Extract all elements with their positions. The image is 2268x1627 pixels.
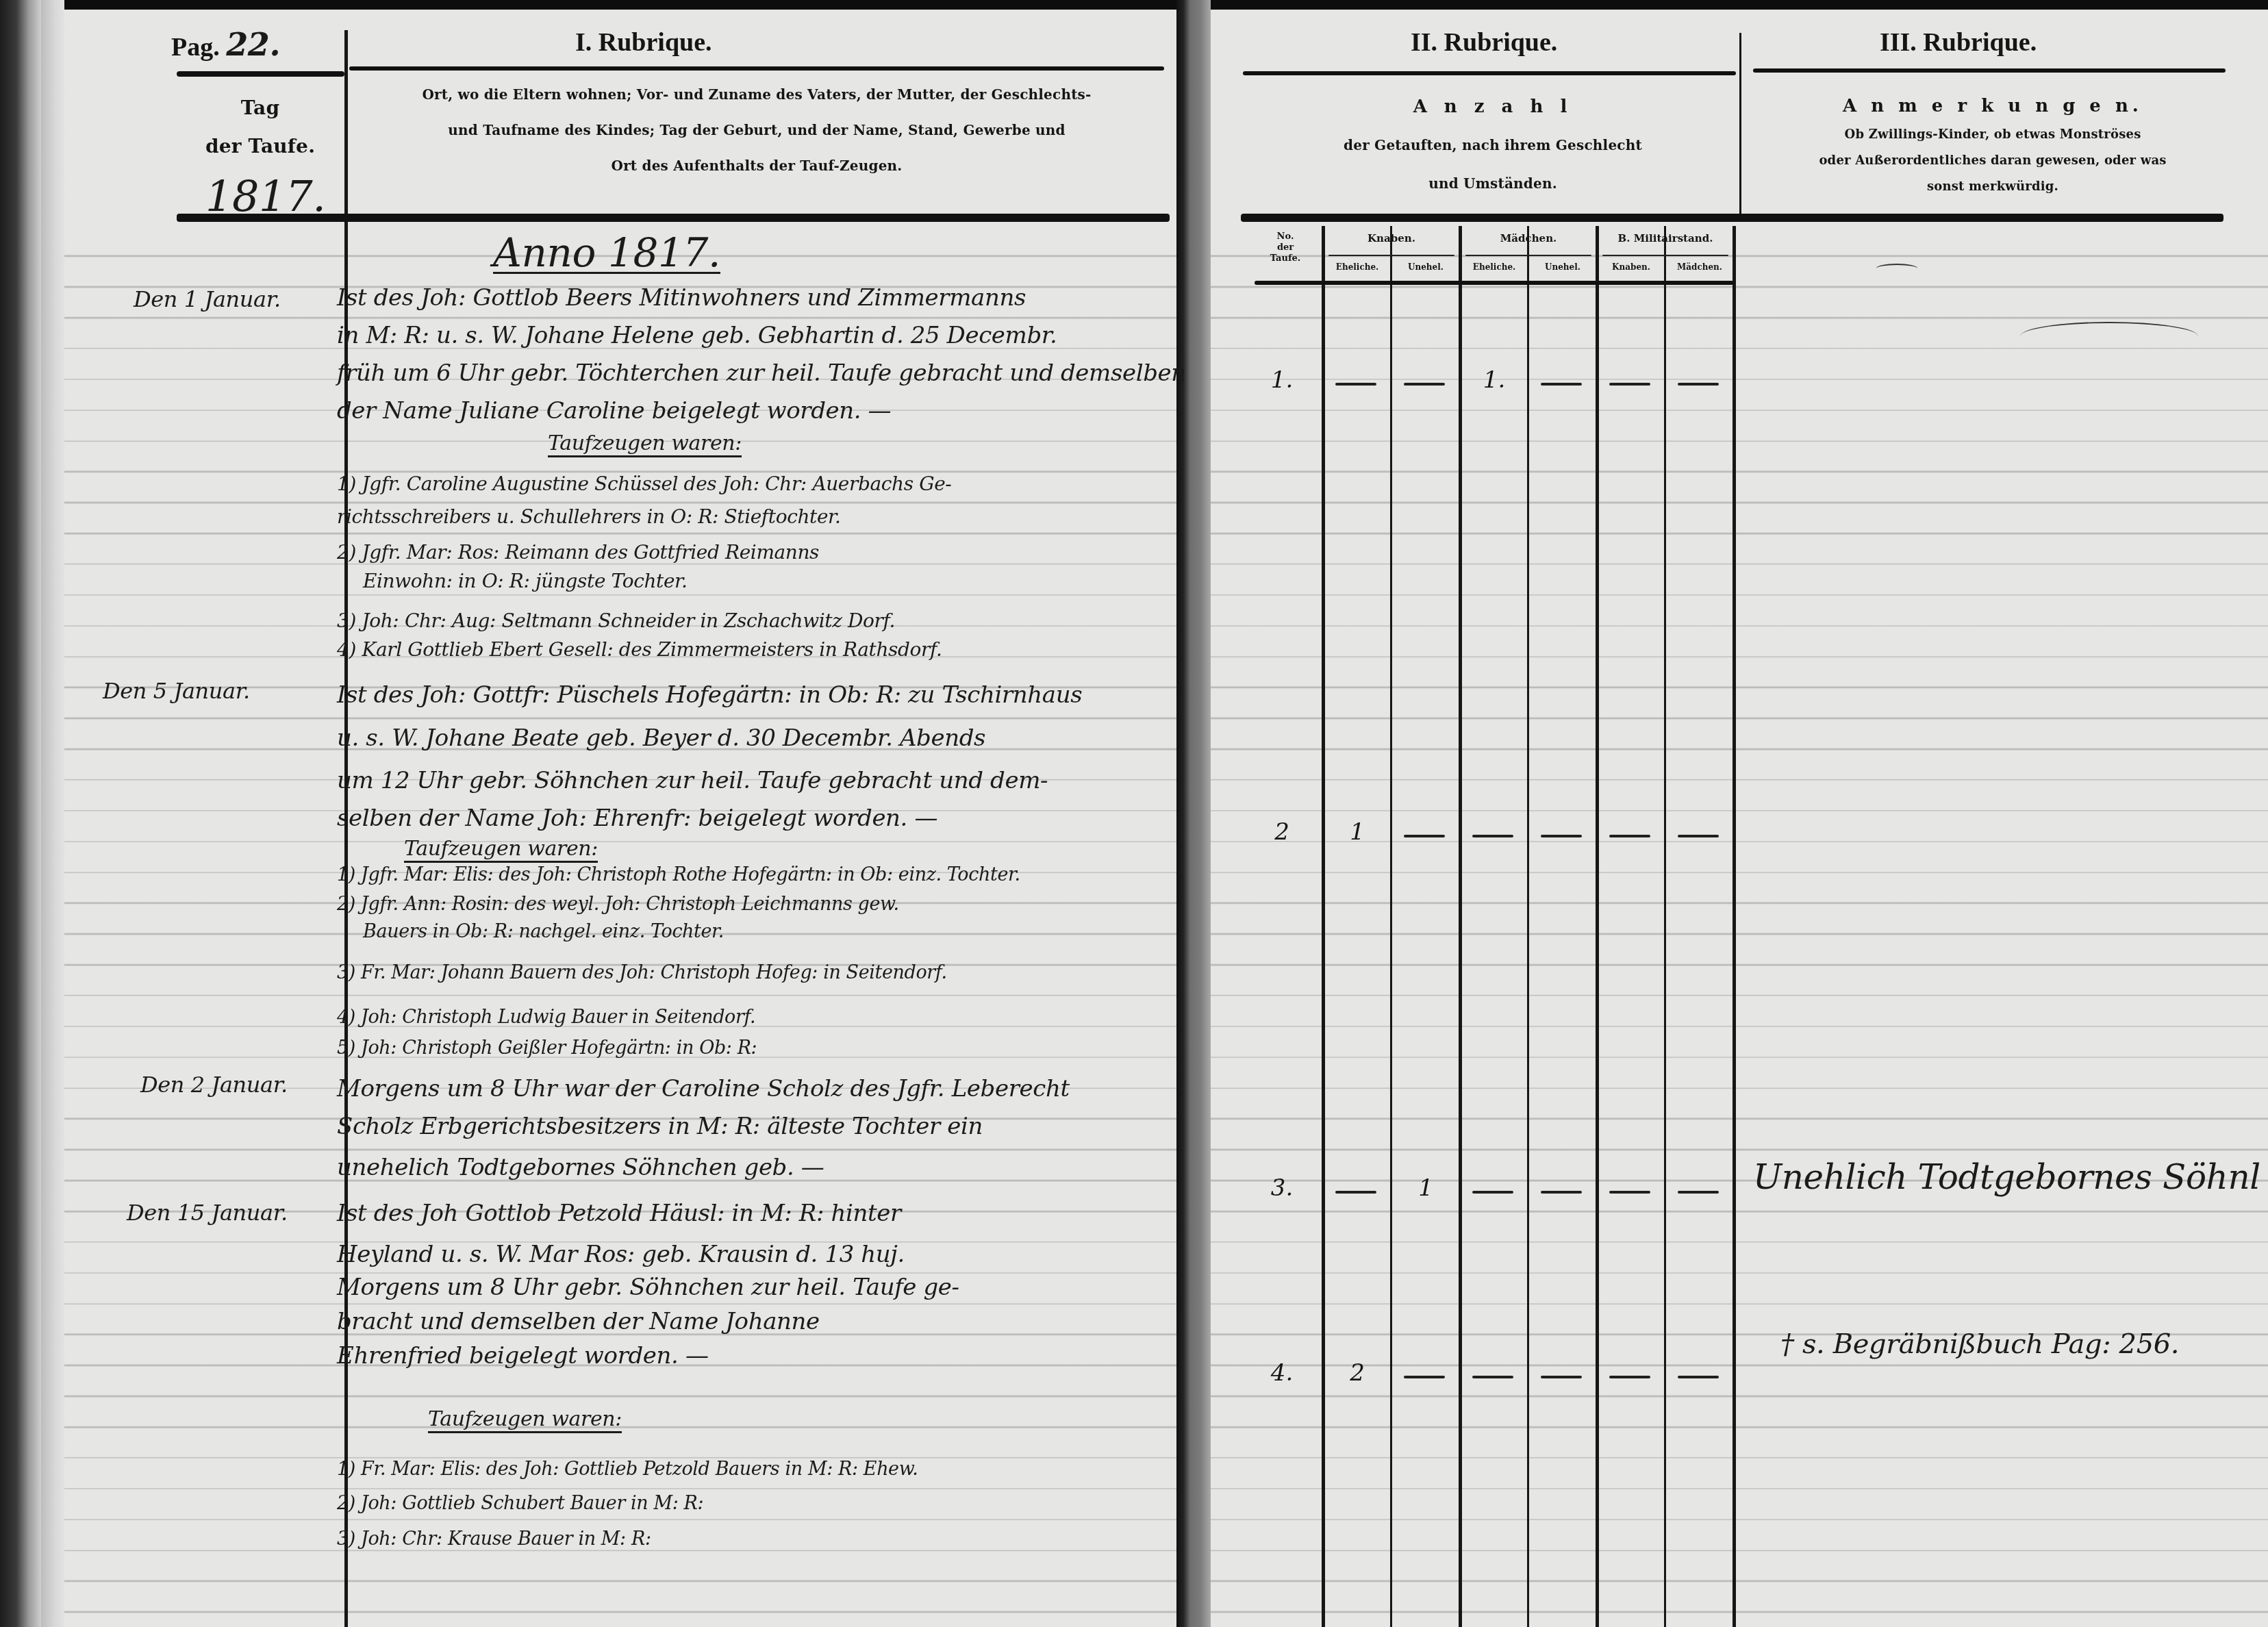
scan-top-edge xyxy=(0,0,2268,10)
rubric-2-title: II. Rubrique. xyxy=(1411,27,1557,58)
count-header-line-3: und Umständen. xyxy=(1253,164,1732,203)
sub-header: Eheliche. xyxy=(1323,262,1391,273)
empty-count-dash xyxy=(1472,1191,1513,1194)
remarks-header-line-3: oder Außerordentliches daran gewesen, od… xyxy=(1753,148,2232,174)
entry-2-witness: Bauers in Ob: R: nachgel. einz. Tochter. xyxy=(363,921,724,942)
sub-header: Unehel. xyxy=(1528,262,1597,273)
scan-fibre-mark xyxy=(1876,264,1917,273)
count-header-line-1: A n z a h l xyxy=(1253,88,1732,126)
entry-3-line: Morgens um 8 Uhr war der Caroline Scholz… xyxy=(337,1075,1070,1102)
table-column-divider xyxy=(1527,226,1529,1627)
rule-rubric1-top xyxy=(349,66,1164,71)
entry-2-line: u. s. W. Johane Beate geb. Beyer d. 30 D… xyxy=(337,724,985,752)
entry-2-witness: 1) Jgfr. Mar: Elis: des Joh: Christoph R… xyxy=(337,864,1020,885)
entry-2-witness: 3) Fr. Mar: Johann Bauern des Joh: Chris… xyxy=(337,962,947,983)
rule-header-bottom-right xyxy=(1241,214,2223,222)
empty-count-dash xyxy=(1541,835,1582,837)
rule-header-bottom-left xyxy=(177,214,1170,222)
sub-header: Unehel. xyxy=(1391,262,1460,273)
remark-row-3: Unehlich Todtgebornes Söhnl xyxy=(1753,1157,2260,1197)
book-left-edge xyxy=(0,0,41,1627)
empty-count-dash xyxy=(1678,1191,1719,1194)
entry-4-witness: 3) Joh: Chr: Krause Bauer in M: R: xyxy=(337,1528,651,1550)
row-number: 1. xyxy=(1248,366,1316,394)
entry-3-line: Scholz Erbgerichtsbesitzers in M: R: ält… xyxy=(337,1113,983,1140)
empty-count-dash xyxy=(1472,1376,1513,1378)
remark-row-4: † s. Begräbnißbuch Pag: 256. xyxy=(1780,1328,2179,1360)
entry-2-witness: 4) Joh: Christoph Ludwig Bauer in Seiten… xyxy=(337,1007,755,1028)
entry-4-line: Ehrenfried beigelegt worden. — xyxy=(337,1342,709,1370)
entry-2-witness: 5) Joh: Christoph Geißler Hofegärtn: in … xyxy=(337,1037,757,1059)
entry-1-witness: 4) Karl Gottlieb Ebert Gesell: des Zimme… xyxy=(337,638,942,661)
empty-count-dash xyxy=(1609,1191,1650,1194)
remarks-header-line-4: sonst merkwürdig. xyxy=(1753,174,2232,200)
table-column-divider xyxy=(1732,226,1736,1627)
entry-4-date: Den 15 Januar. xyxy=(127,1200,288,1226)
entry-2-date: Den 5 Januar. xyxy=(103,678,250,704)
count-value: 1 xyxy=(1323,818,1391,846)
rule-rubric3-top xyxy=(1753,68,2226,73)
entry-1-line: in M: R: u. s. W. Johane Helene geb. Geb… xyxy=(337,322,1057,349)
entry-2-line: um 12 Uhr gebr. Söhnchen zur heil. Taufe… xyxy=(337,767,1048,794)
entry-4-witness: 2) Joh: Gottlieb Schubert Bauer in M: R: xyxy=(337,1493,703,1514)
date-column-header: Tag der Taufe. xyxy=(181,89,339,166)
page-label-text: Pag. xyxy=(171,33,220,62)
table-column-divider xyxy=(1322,226,1325,1627)
empty-count-dash xyxy=(1472,835,1513,837)
group-header: Knaben. xyxy=(1323,233,1460,244)
table-column-divider xyxy=(1596,226,1599,1627)
no-header-line: der xyxy=(1248,242,1323,253)
no-header-line: No. xyxy=(1248,231,1323,242)
entry-column-header: Ort, wo die Eltern wohnen; Vor- und Zuna… xyxy=(353,77,1161,184)
entry-1-line: Ist des Joh: Gottlob Beers Mitinwohners … xyxy=(337,284,1026,312)
count-header: A n z a h l der Getauften, nach ihrem Ge… xyxy=(1253,88,1732,203)
entry-1-line: der Name Juliane Caroline beigelegt word… xyxy=(337,397,891,425)
entry-1-date: Den 1 Januar. xyxy=(134,286,281,312)
entry-4-line: Morgens um 8 Uhr gebr. Söhnchen zur heil… xyxy=(337,1274,959,1301)
group-header: B. Militairstand. xyxy=(1597,233,1734,244)
entry-4-line: bracht und demselben der Name Johanne xyxy=(337,1308,820,1335)
entry-1-witness: richtsschreibers u. Schullehrers in O: R… xyxy=(337,505,840,528)
group-header: Mädchen. xyxy=(1460,233,1597,244)
empty-count-dash xyxy=(1404,383,1445,386)
empty-count-dash xyxy=(1541,1191,1582,1194)
entry-1-witness: 1) Jgfr. Caroline Augustine Schüssel des… xyxy=(337,472,951,495)
scan-fibre-mark xyxy=(2020,322,2198,351)
group-header-rule xyxy=(1602,255,1728,256)
remarks-header-line-2: Ob Zwillings-Kinder, ob etwas Monströses xyxy=(1753,122,2232,148)
count-value: 1 xyxy=(1391,1174,1460,1202)
date-header-line-1: Tag xyxy=(181,89,339,127)
entry-1-witness: Einwohn: in O: R: jüngste Tochter. xyxy=(363,570,688,592)
entry-1-witness: 3) Joh: Chr: Aug: Seltmann Schneider in … xyxy=(337,609,895,632)
empty-count-dash xyxy=(1541,1376,1582,1378)
table-header-rule xyxy=(1255,281,1734,285)
entry-1-witness: 2) Jgfr. Mar: Ros: Reimann des Gottfried… xyxy=(337,541,819,564)
empty-count-dash xyxy=(1404,835,1445,837)
rule-date-top xyxy=(177,71,344,77)
empty-count-dash xyxy=(1678,383,1719,386)
empty-count-dash xyxy=(1335,383,1376,386)
page-label: Pag. 22. xyxy=(171,26,280,63)
entry-2-witness-heading: Taufzeugen waren: xyxy=(404,837,598,861)
entry-3-date: Den 2 Januar. xyxy=(140,1072,288,1098)
table-column-divider xyxy=(1459,226,1462,1627)
sub-header: Eheliche. xyxy=(1460,262,1528,273)
count-header-line-2: der Getauften, nach ihrem Geschlecht xyxy=(1253,126,1732,164)
entry-header-line-3: Ort des Aufenthalts der Tauf-Zeugen. xyxy=(353,148,1161,184)
no-header-line: Taufe. xyxy=(1248,253,1323,264)
no-header: No.derTaufe. xyxy=(1248,231,1323,264)
page-number: 22. xyxy=(226,26,280,63)
group-header-rule xyxy=(1328,255,1454,256)
rule-rubric2-top xyxy=(1243,71,1736,75)
book-gutter xyxy=(1176,0,1211,1627)
row-number: 3. xyxy=(1248,1174,1316,1202)
row-number: 4. xyxy=(1248,1359,1316,1387)
entry-4-line: Heyland u. s. W. Mar Ros: geb. Krausin d… xyxy=(337,1241,905,1268)
row-number: 2 xyxy=(1248,818,1316,846)
sub-header: Mädchen. xyxy=(1665,262,1734,273)
anno-heading: Anno 1817. xyxy=(493,229,720,276)
empty-count-dash xyxy=(1335,1191,1376,1194)
entry-2-line: Ist des Joh: Gottfr: Püschels Hofegärtn:… xyxy=(337,681,1082,709)
entry-4-witness: 1) Fr. Mar: Elis: des Joh: Gottlieb Petz… xyxy=(337,1459,918,1480)
count-value: 2 xyxy=(1323,1359,1391,1387)
remarks-header: A n m e r k u n g e n. Ob Zwillings-Kind… xyxy=(1753,90,2232,200)
table-column-divider xyxy=(1390,226,1392,1627)
empty-count-dash xyxy=(1678,1376,1719,1378)
entry-3-line: unehelich Todtgebornes Söhnchen geb. — xyxy=(337,1154,824,1181)
empty-count-dash xyxy=(1404,1376,1445,1378)
empty-count-dash xyxy=(1609,383,1650,386)
empty-count-dash xyxy=(1609,1376,1650,1378)
divider-rubric-2-3 xyxy=(1739,33,1741,218)
entry-1-line: früh um 6 Uhr gebr. Töchterchen zur heil… xyxy=(337,360,1186,387)
group-header-rule xyxy=(1465,255,1591,256)
entry-1-witness-heading: Taufzeugen waren: xyxy=(548,431,742,455)
entry-2-line: selben der Name Joh: Ehrenfr: beigelegt … xyxy=(337,805,937,832)
entry-header-line-2: und Taufname des Kindes; Tag der Geburt,… xyxy=(353,112,1161,148)
empty-count-dash xyxy=(1678,835,1719,837)
table-column-divider xyxy=(1664,226,1666,1627)
rubric-1-title: I. Rubrique. xyxy=(575,27,712,58)
date-header-line-2: der Taufe. xyxy=(181,127,339,166)
book-left-margin xyxy=(41,0,64,1627)
sub-header: Knaben. xyxy=(1597,262,1665,273)
remarks-header-line-1: A n m e r k u n g e n. xyxy=(1753,90,2232,122)
entry-header-line-1: Ort, wo die Eltern wohnen; Vor- und Zuna… xyxy=(353,77,1161,112)
register-spread: Pag. 22. I. Rubrique. Tag der Taufe. 181… xyxy=(0,0,2268,1627)
entry-2-witness: 2) Jgfr. Ann: Rosin: des weyl. Joh: Chri… xyxy=(337,894,899,915)
rubric-3-title: III. Rubrique. xyxy=(1880,27,2037,58)
empty-count-dash xyxy=(1609,835,1650,837)
entry-4-line: Ist des Joh Gottlob Petzold Häusl: in M:… xyxy=(337,1200,901,1227)
empty-count-dash xyxy=(1541,383,1582,386)
count-value: 1. xyxy=(1460,366,1528,394)
entry-4-witness-heading: Taufzeugen waren: xyxy=(428,1407,622,1431)
